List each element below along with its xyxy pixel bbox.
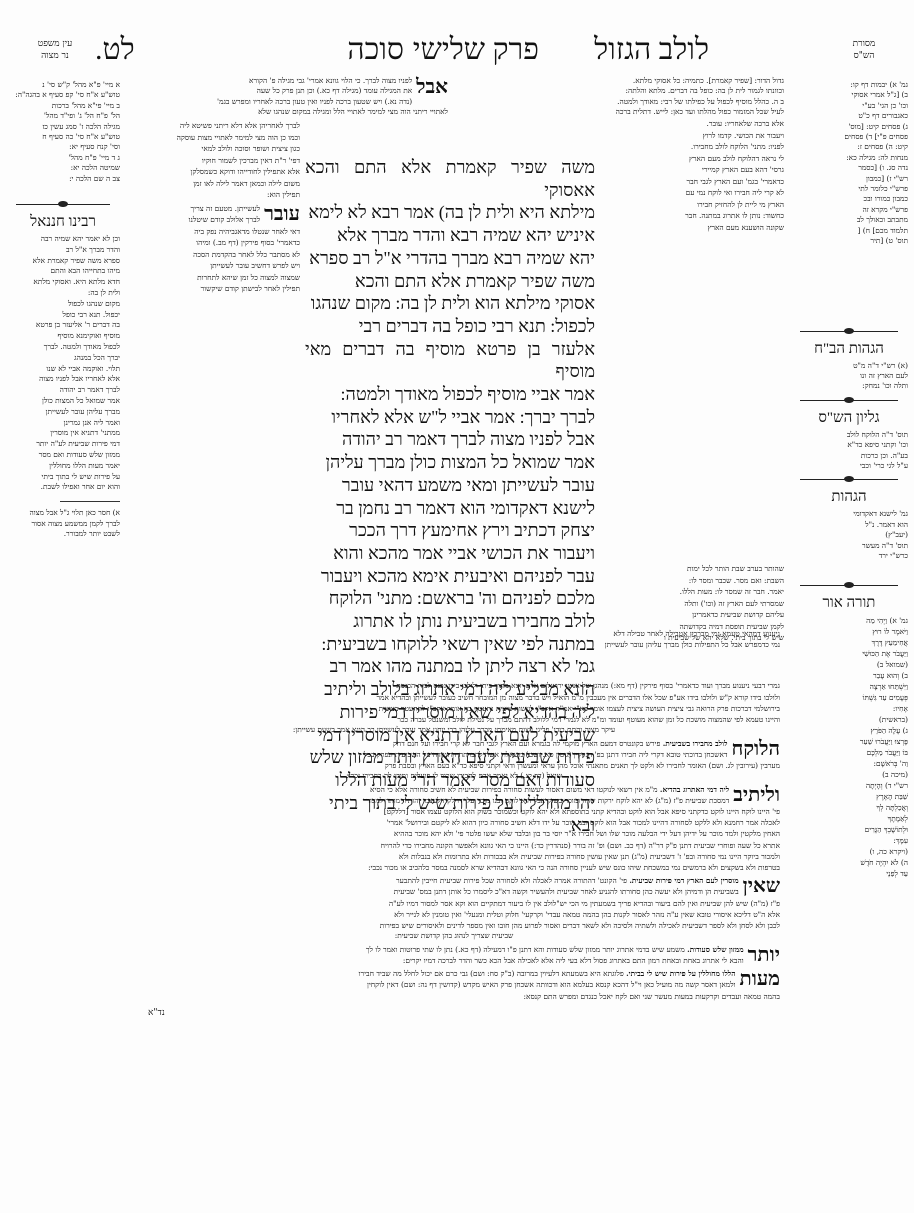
page-footer-mark: נד"א xyxy=(128,1008,780,1019)
tosafot-lower-block: ניענוע דמהאי טעמא נמי מברכין אטבילה לאחר… xyxy=(128,628,780,1019)
header-perek-name: לולב הגזול xyxy=(594,30,709,70)
left-margin-column: א מיי' פ"א מהל' ק"ש סי' נ טוש"ע א"ח סי' … xyxy=(6,80,120,539)
section-divider xyxy=(800,396,898,404)
section-divider xyxy=(800,475,898,483)
tosafot-dibbur-hamatchil: אבל xyxy=(416,76,448,98)
tosafot-column: לברך לאחריהן אלא דלא ריתני פשיטא ליה וכמ… xyxy=(128,120,300,295)
rabbeinu-chananel-title: רבינו חננאל xyxy=(6,212,120,232)
tosafot-section-halokeach: הלוקח לולב מחבירו בשביעית. פירש בקונטרס … xyxy=(128,738,780,782)
header-perek-number: פרק שלישי xyxy=(413,30,539,70)
section-divider xyxy=(800,327,898,335)
hagahot-notes: גמ' לישנא דאקדומי הוא דאמר. נ"ל (יעב"ץ) … xyxy=(790,509,908,561)
gilyon-hashas-notes: תוס' ד"ה הלוקח לולב וכו' וקתני סיפא כד"א… xyxy=(790,430,908,472)
rashi-column: אלא ברכה שלאחריו: עובר. ויעבור את הכושי.… xyxy=(614,118,784,644)
tosafot-section-yoter: יותר ממזון שלש סעודות. משמע שיש בדמי אתר… xyxy=(128,944,780,966)
tosafot-section-velitiv: וליתיב ליה דמי האתרוג בהדיא. מ"מ אין רשא… xyxy=(128,784,780,874)
page-header: מסורת הש"ס לולב הגזול פרק שלישי סוכה לט.… xyxy=(0,30,914,70)
torah-or-notes: גמ' א) וַיְהִי מַה וַיֹּאמֶר לוֹ רוּץ אֲ… xyxy=(790,615,908,879)
hagahot-habach-notes: (א) רש"י ד"ה מ"ט לעם הארץ זה ונו ותלה וכ… xyxy=(790,361,908,392)
rabbeinu-chananel-text: וכן לא יאמר יהא שמיה רבה והדר מברך א"ל ר… xyxy=(6,234,120,493)
footnote-rule xyxy=(60,501,120,502)
ein-mishpat-notes: א מיי' פ"א מהל' ק"ש סי' נ טוש"ע א"ח סי' … xyxy=(6,80,120,184)
right-margin-column: גמ' א) יבמות דף קו: ב) [ג"ל אמרי אסוקי ו… xyxy=(790,80,908,879)
hagahot-title: הגהות xyxy=(790,487,908,507)
chananel-footnote: א) חסר כאן תלוי ג"ל אבל מצוה לברך לקמן מ… xyxy=(6,508,120,539)
gilyon-hashas-title: גליון הש"ס xyxy=(790,408,908,428)
section-divider xyxy=(16,200,110,208)
hagahot-habach-title: הגהות הב"ח xyxy=(790,339,908,359)
masoret-hashas-label: מסורת הש"ס xyxy=(844,38,884,62)
tosafot-dibbur-hamatchil-2: עובר xyxy=(264,203,300,225)
header-folio-number: לט. xyxy=(95,30,135,70)
section-divider xyxy=(800,581,898,589)
tosafot-section-sheein: שאין מוסרין לעם הארץ דמי פירות שביעית. פ… xyxy=(128,875,780,941)
masoret-hashas-notes: גמ' א) יבמות דף קו: ב) [ג"ל אמרי אסוקי ו… xyxy=(790,80,908,247)
header-tractate-name: סוכה xyxy=(347,30,404,70)
torah-or-title: תורה אור xyxy=(790,593,908,613)
tosafot-section-maot: מעות הללו מחוללין על פירות שיש לי בביתי.… xyxy=(128,968,780,1002)
tosafot-heading-block: אבל לפניו מצוה לברך. כי הלוי גוונא אמרי'… xyxy=(128,76,448,118)
rashi-heading-block: גדול הדור: [שפיר קאמרת]. כתמיה: כל אסוקי… xyxy=(454,76,784,118)
ein-mishpat-label: עין משפט נר מצוה xyxy=(20,38,90,62)
